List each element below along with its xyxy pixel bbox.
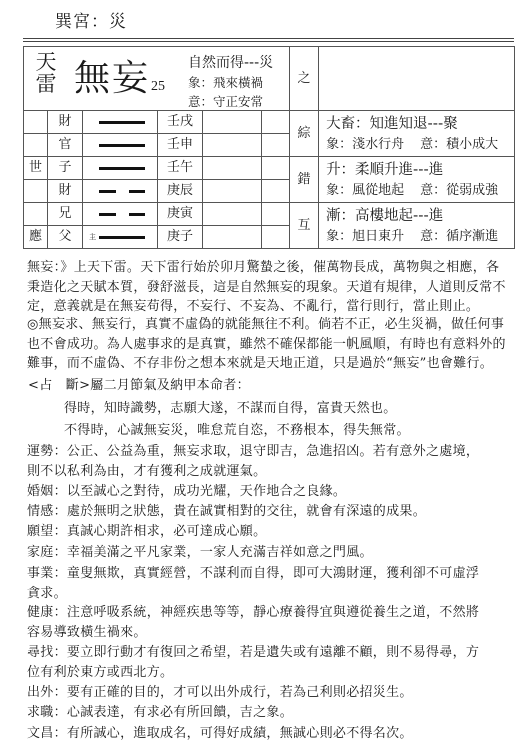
- hexagram-meaning: 意：守正安常: [188, 92, 293, 111]
- related-subline: 象：風從地起意：從弱成強: [326, 181, 514, 201]
- fortune-item-health: 健康：注意呼吸系統，神經疾患等等，靜心療養得宜與遵從養生之道，不然將 容易導致橫…: [27, 603, 479, 642]
- ganzhi-cell: 庚子: [158, 226, 203, 249]
- related-image: 象：淺水行舟: [326, 137, 404, 152]
- text-line: 文昌：有所誠心，進取成名，可得好成績，無誠心則必不得名次。: [27, 724, 413, 744]
- divination-unfavorable: 不得時，心誠無妄災，唯怠荒自恣，不務根本，得失無常。: [64, 421, 410, 441]
- yao-line-icon: [99, 167, 145, 170]
- text-line: 無妄：》上天下雷。天下雷行始於卯月驚蟄之後，催萬物長成，萬物與之相應，各: [27, 258, 506, 278]
- text-line: 容易導致橫生禍來。: [27, 623, 479, 643]
- ganzhi-cell: 壬戌: [158, 111, 203, 134]
- related-meaning: 意：積小成大: [420, 137, 498, 152]
- related-subline: 象：淺水行舟意：積小成大: [326, 135, 514, 155]
- text-line: 定，意義就是在無妄苟得，不妄行、不妄為、不亂行，當行則行，當止則止。: [27, 297, 506, 317]
- yao-line-cell: [83, 180, 158, 203]
- yao-line-icon: [99, 190, 145, 193]
- text-line: 運勢：公正、公益為重，無妄求取，退守即吉，急進招凶。若有意外之處境，: [27, 442, 479, 462]
- hexagram-image: 象：飛來橫禍: [188, 73, 293, 92]
- lower-trigram: 雷: [35, 73, 57, 95]
- blank-cell: [203, 134, 262, 157]
- yao-line-icon: [99, 121, 145, 124]
- blank-cell: [262, 226, 290, 249]
- hexagram-table: 天 雷 無妄 25 自然而得---災 象：飛來橫禍 意：守正安常 之 財 壬戌: [23, 46, 515, 249]
- related-label-zong: 綜: [290, 111, 319, 157]
- ganzhi-cell: 庚辰: [158, 180, 203, 203]
- blank-cell: [262, 134, 290, 157]
- trigram-stack: 天 雷: [35, 51, 57, 95]
- related-meaning: 意：從弱成強: [420, 183, 498, 198]
- text-line: 事業：童叟無欺，真實經營，不謀利而自得，即可大鴻財運，獲利卻不可虛浮: [27, 564, 479, 584]
- yao-line-cell: [83, 111, 158, 134]
- related-image: 象：風從地起: [326, 183, 404, 198]
- fortune-item-search: 尋找：要立即行動才有復回之希望，若是遺失或有遠離不顧，則不易得尋，方 位有利於東…: [27, 643, 479, 682]
- hexagram-title-cell: 天 雷 無妄 25 自然而得---災 象：飛來橫禍 意：守正安常: [24, 47, 290, 111]
- relative-cell: 兄: [48, 203, 83, 226]
- related-label-cuo: 錯: [290, 157, 319, 203]
- text-line: 婚姻：以至誠心之對待，成功光耀，天作地合之良緣。: [27, 482, 346, 502]
- yao-line-icon: [99, 213, 145, 216]
- blank-cell: [203, 157, 262, 180]
- text-line: 求職：心誠表達，有求必有所回饋，吉之象。: [27, 703, 293, 723]
- yao-segment: [99, 236, 145, 239]
- relative-cell: 父: [48, 226, 83, 249]
- related-label-hu: 互: [290, 203, 319, 249]
- related-title: 漸：高樓地起---進: [326, 205, 514, 227]
- yao-row: 世 子 壬午 錯 升：柔順升進---進 象：風從地起意：從弱成強: [24, 157, 515, 180]
- text-line: 也不會成功。為人處事求的是真實，雖然不確保都能一帆風順，有時也有意料外的: [27, 335, 506, 355]
- hexagram-name: 無妄: [74, 57, 150, 101]
- text-line: 難事，而不虛偽、不存非份之想本來就是天地正道，只是過於“無妄”也會難行。: [27, 354, 506, 374]
- yao-segment: [99, 121, 145, 124]
- text-line: 情感：處於無明之狀態，貴在誠實相對的交往，就會有深遠的成果。: [27, 502, 426, 522]
- yao-segment: [99, 190, 116, 193]
- fortune-item-family: 家庭：幸福美滿之平凡家業，一家人充滿吉祥如意之門風。: [27, 543, 373, 563]
- fortune-item-study: 文昌：有所誠心，進取成名，可得好成績，無誠心則必不得名次。: [27, 724, 413, 744]
- relative-cell: 子: [48, 157, 83, 180]
- shi-ying-cell: [24, 134, 48, 157]
- yao-segment: [129, 190, 145, 193]
- related-image: 象：旭日東升: [326, 229, 404, 244]
- text-line: 秉造化之天賦本質，發舒滋長，這是自然無妄的現象。天道有規律，人道則反常不: [27, 278, 506, 298]
- fortune-item-marriage: 婚姻：以至誠心之對待，成功光耀，天作地合之良緣。: [27, 482, 346, 502]
- yao-line-icon: [99, 144, 145, 147]
- hexagram-header-row: 天 雷 無妄 25 自然而得---災 象：飛來橫禍 意：守正安常 之: [24, 47, 515, 111]
- related-title: 大畜：知進知退---聚: [326, 113, 514, 135]
- related-content-zong: 大畜：知進知退---聚 象：淺水行舟意：積小成大: [319, 111, 515, 157]
- divination-favorable: 得時，知時識勢，志願大遂，不謀而自得，富貴天然也。: [64, 399, 397, 419]
- yao-line-cell: [83, 134, 158, 157]
- text-line: ◎無妄求、無妄行，真實不虛偽的就能無往不利。倘若不正，必生災禍，做任何事: [27, 315, 506, 335]
- blank-cell: [262, 111, 290, 134]
- yao-line-cell: [83, 203, 158, 226]
- shi-ying-cell: 應: [24, 226, 48, 249]
- yao-row: 財 壬戌 綜 大畜：知進知退---聚 象：淺水行舟意：積小成大: [24, 111, 515, 134]
- upper-trigram: 天: [35, 51, 57, 73]
- text-line: 尋找：要立即行動才有復回之希望，若是遺失或有遠離不顧，則不易得尋，方: [27, 643, 479, 663]
- relative-cell: 財: [48, 180, 83, 203]
- blank-cell: [203, 180, 262, 203]
- double-rule-divider: [23, 38, 514, 42]
- ganzhi-cell: 庚寅: [158, 203, 203, 226]
- shi-ying-cell: [24, 111, 48, 134]
- yao-line-icon: 主: [99, 236, 145, 239]
- zhi-label: 之: [290, 47, 319, 111]
- description-paragraph-2: ◎無妄求、無妄行，真實不虛偽的就能無往不利。倘若不正，必生災禍，做任何事 也不會…: [27, 315, 506, 374]
- relative-cell: 官: [48, 134, 83, 157]
- yao-line-cell: [83, 157, 158, 180]
- fortune-item-job: 求職：心誠表達，有求必有所回饋，吉之象。: [27, 703, 293, 723]
- fortune-item-travel: 出外：要有正確的目的，才可以出外成行，若為己利則必招災生。: [27, 683, 413, 703]
- related-subline: 象：旭日東升意：循序漸進: [326, 227, 514, 247]
- blank-cell: [203, 226, 262, 249]
- text-line: 貪求。: [27, 584, 479, 604]
- related-meaning: 意：循序漸進: [420, 229, 498, 244]
- related-title: 升：柔順升進---進: [326, 159, 514, 181]
- yao-segment: [129, 213, 145, 216]
- yao-line-cell: 主: [83, 226, 158, 249]
- text-line: 則不以私利為由，才有獲利之成就運氣。: [27, 462, 479, 482]
- hexagram-summary: 自然而得---災: [188, 53, 293, 73]
- description-paragraph-1: 無妄：》上天下雷。天下雷行始於卯月驚蟄之後，催萬物長成，萬物與之相應，各 秉造化…: [27, 258, 506, 317]
- yao-segment: [99, 167, 145, 170]
- shi-ying-cell: 世: [24, 157, 48, 180]
- shi-ying-cell: [24, 203, 48, 226]
- yao-row: 兄 庚寅 互 漸：高樓地起---進 象：旭日東升意：循序漸進: [24, 203, 515, 226]
- blank-cell: [203, 203, 262, 226]
- blank-cell: [203, 111, 262, 134]
- host-line-marker: 主: [89, 232, 96, 242]
- relative-cell: 財: [48, 111, 83, 134]
- text-line: 出外：要有正確的目的，才可以出外成行，若為己利則必招災生。: [27, 683, 413, 703]
- blank-cell: [262, 157, 290, 180]
- text-line: 健康：注意呼吸系統，神經疾患等等，靜心療養得宜與遵從養生之道，不然將: [27, 603, 479, 623]
- ganzhi-cell: 壬申: [158, 134, 203, 157]
- divination-heading: <占 斷>屬二月節氣及納甲本命者：: [28, 376, 250, 396]
- hexagram-info: 自然而得---災 象：飛來橫禍 意：守正安常: [188, 53, 293, 111]
- text-line: 願望：真誠心期許相求，必可達成心願。: [27, 522, 266, 542]
- blank-cell: [262, 203, 290, 226]
- fortune-item-luck: 運勢：公正、公益為重，無妄求取，退守即吉，急進招凶。若有意外之處境， 則不以私利…: [27, 442, 479, 481]
- yao-segment: [99, 144, 145, 147]
- related-content-cuo: 升：柔順升進---進 象：風從地起意：從弱成強: [319, 157, 515, 203]
- ganzhi-cell: 壬午: [158, 157, 203, 180]
- fortune-item-wish: 願望：真誠心期許相求，必可達成心願。: [27, 522, 266, 542]
- text-line: 家庭：幸福美滿之平凡家業，一家人充滿吉祥如意之門風。: [27, 543, 373, 563]
- blank-cell: [262, 180, 290, 203]
- yao-segment: [99, 213, 116, 216]
- hexagram-number: 25: [151, 78, 165, 96]
- text-line: 位有利於東方或西北方。: [27, 663, 479, 683]
- fortune-item-romance: 情感：處於無明之狀態，貴在誠實相對的交往，就會有深遠的成果。: [27, 502, 426, 522]
- fortune-item-career: 事業：童叟無欺，真實經營，不謀利而自得，即可大鴻財運，獲利卻不可虛浮 貪求。: [27, 564, 479, 603]
- related-content-hu: 漸：高樓地起---進 象：旭日東升意：循序漸進: [319, 203, 515, 249]
- palace-header: 巽宮：災: [55, 10, 127, 34]
- zhi-content-cell: [319, 47, 515, 111]
- shi-ying-cell: [24, 180, 48, 203]
